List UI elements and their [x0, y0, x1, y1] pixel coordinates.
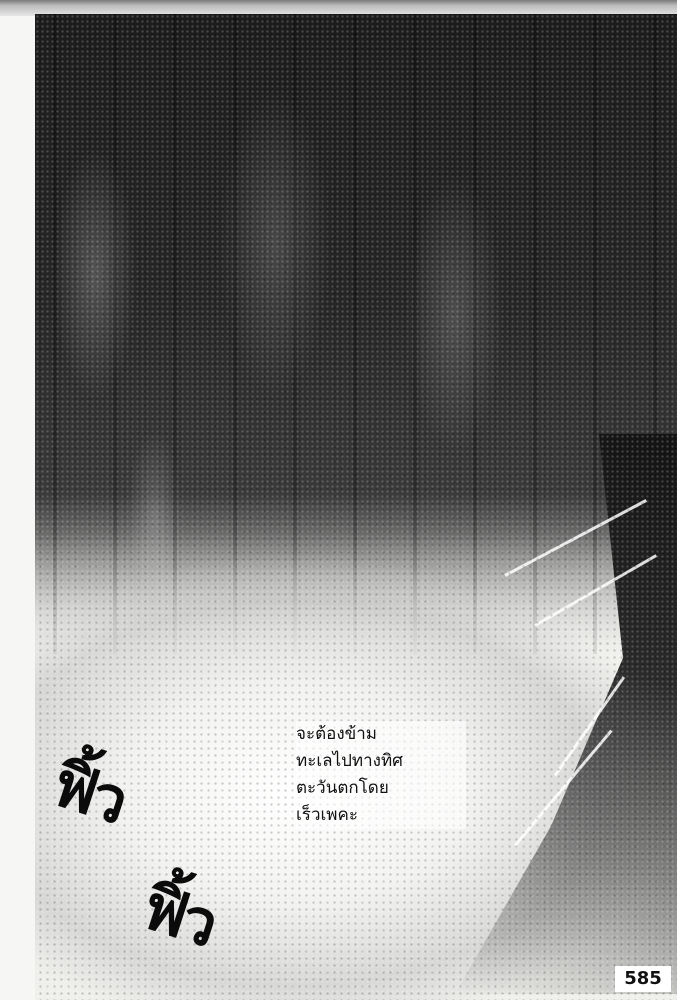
forest-panel: [35, 14, 677, 1000]
dialogue-line: จะต้องข้าม: [296, 721, 466, 748]
dialogue-text: จะต้องข้าม ทะเลไปทางทิศ ตะวันตกโดย เร็วเ…: [296, 721, 466, 829]
page-number: 585: [615, 966, 671, 992]
dialogue-line: เร็วเพคะ: [296, 802, 466, 829]
dialogue-line: ทะเลไปทางทิศ: [296, 748, 466, 775]
scan-grain: [35, 14, 677, 1000]
manga-page: จะต้องข้าม ทะเลไปทางทิศ ตะวันตกโดย เร็วเ…: [0, 0, 677, 1000]
dialogue-line: ตะวันตกโดย: [296, 775, 466, 802]
